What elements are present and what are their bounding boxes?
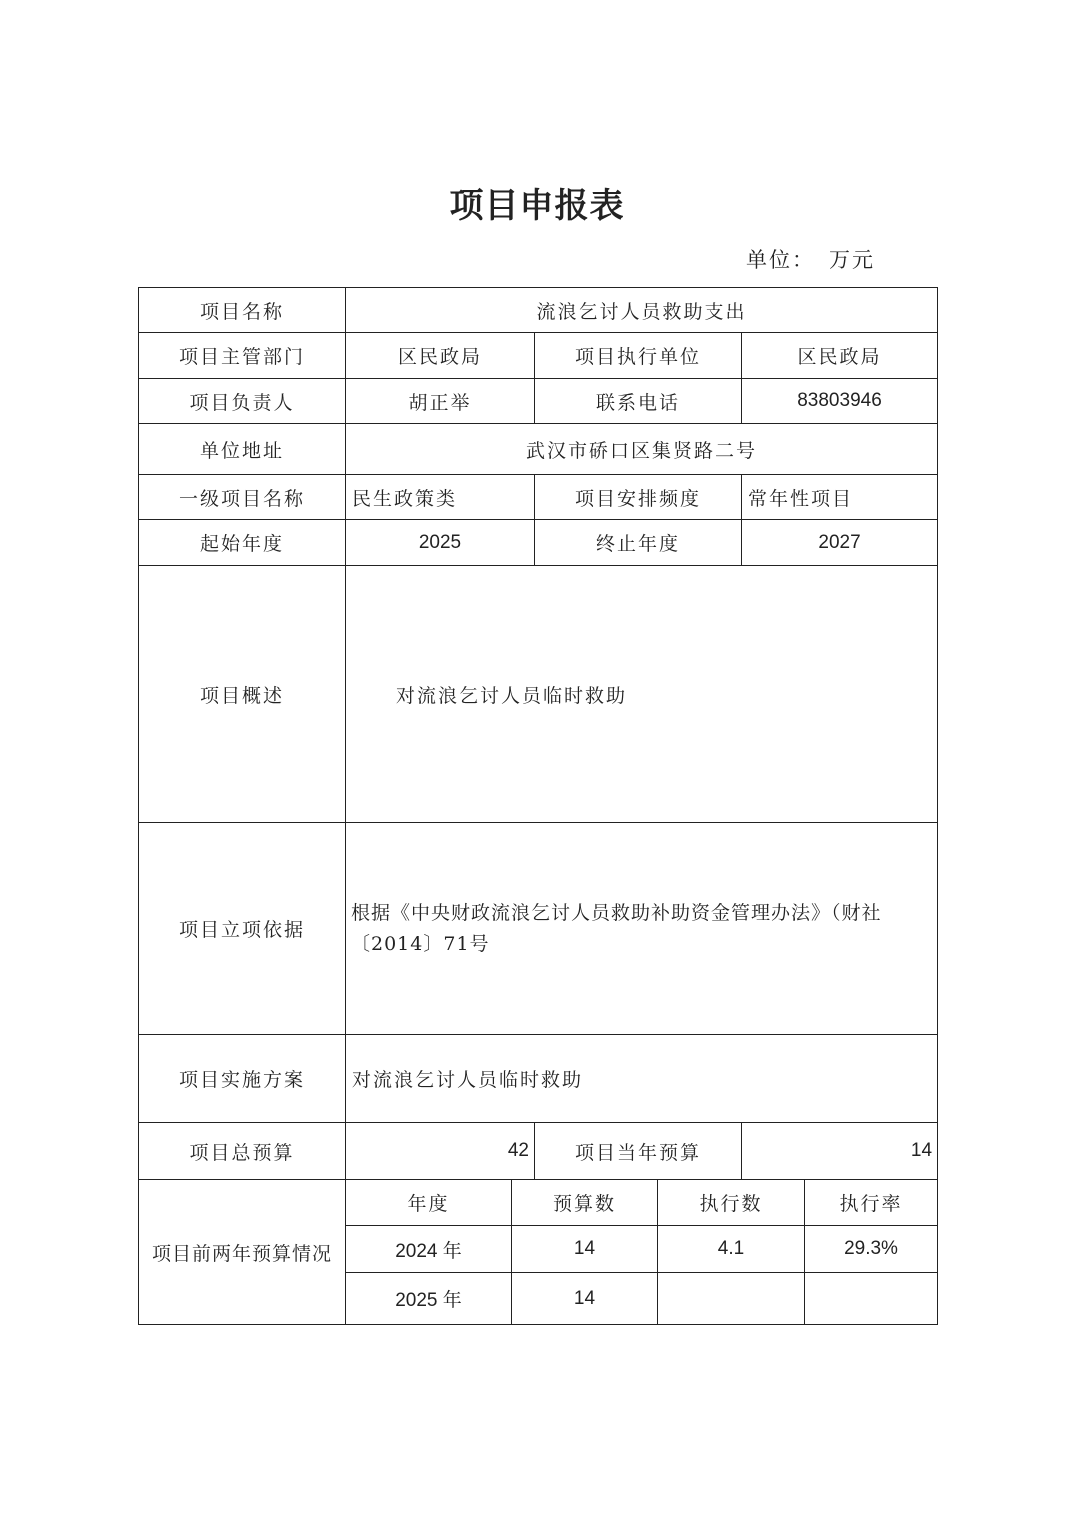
- history-header: 执行数: [658, 1180, 805, 1226]
- value-department: 区民政局: [346, 333, 535, 379]
- row-basis: 项目立项依据 根据《中央财政流浪乞讨人员救助补助资金管理办法》（财社〔2014〕…: [139, 823, 938, 1035]
- value-start-year: 2025: [346, 520, 535, 566]
- label-department: 项目主管部门: [139, 333, 346, 379]
- page-title: 项目申报表: [0, 178, 1074, 227]
- history-cell: [805, 1273, 938, 1325]
- value-project-name: 流浪乞讨人员救助支出: [346, 288, 938, 333]
- history-header-row: 项目前两年预算情况 年度 预算数 执行数 执行率: [139, 1180, 938, 1226]
- history-table: 项目前两年预算情况 年度 预算数 执行数 执行率 2024 年 14 4.1 2…: [138, 1179, 938, 1325]
- value-frequency: 常年性项目: [742, 475, 938, 520]
- value-overview: 对流浪乞讨人员临时救助: [346, 566, 938, 823]
- value-phone: 83803946: [742, 379, 938, 424]
- row-manager: 项目负责人 胡正举 联系电话 83803946: [139, 379, 938, 424]
- history-cell: 14: [512, 1273, 658, 1325]
- project-form-table: 项目名称 流浪乞讨人员救助支出 项目主管部门 区民政局 项目执行单位 区民政局 …: [138, 287, 938, 1180]
- unit-value: 万元: [829, 248, 875, 272]
- history-cell: 29.3%: [805, 1226, 938, 1273]
- label-project-name: 项目名称: [139, 288, 346, 333]
- label-exec-unit: 项目执行单位: [535, 333, 742, 379]
- history-header: 预算数: [512, 1180, 658, 1226]
- value-basis: 根据《中央财政流浪乞讨人员救助补助资金管理办法》（财社〔2014〕71号: [346, 823, 938, 1035]
- label-year-budget: 项目当年预算: [535, 1123, 742, 1180]
- label-address: 单位地址: [139, 424, 346, 475]
- row-project-name: 项目名称 流浪乞讨人员救助支出: [139, 288, 938, 333]
- value-exec-unit: 区民政局: [742, 333, 938, 379]
- row-address: 单位地址 武汉市硚口区集贤路二号: [139, 424, 938, 475]
- label-basis: 项目立项依据: [139, 823, 346, 1035]
- label-phone: 联系电话: [535, 379, 742, 424]
- history-cell: [658, 1273, 805, 1325]
- history-header: 年度: [346, 1180, 512, 1226]
- label-frequency: 项目安排频度: [535, 475, 742, 520]
- label-category: 一级项目名称: [139, 475, 346, 520]
- row-department: 项目主管部门 区民政局 项目执行单位 区民政局: [139, 333, 938, 379]
- value-plan: 对流浪乞讨人员临时救助: [346, 1035, 938, 1123]
- unit-note: 单位：万元: [746, 244, 875, 274]
- row-category: 一级项目名称 民生政策类 项目安排频度 常年性项目: [139, 475, 938, 520]
- unit-label: 单位：: [746, 248, 815, 272]
- label-history: 项目前两年预算情况: [139, 1180, 346, 1325]
- history-header: 执行率: [805, 1180, 938, 1226]
- history-cell: 2025 年: [346, 1273, 512, 1325]
- value-manager: 胡正举: [346, 379, 535, 424]
- row-overview: 项目概述 对流浪乞讨人员临时救助: [139, 566, 938, 823]
- row-plan: 项目实施方案 对流浪乞讨人员临时救助: [139, 1035, 938, 1123]
- value-category: 民生政策类: [346, 475, 535, 520]
- label-manager: 项目负责人: [139, 379, 346, 424]
- row-years: 起始年度 2025 终止年度 2027: [139, 520, 938, 566]
- label-end-year: 终止年度: [535, 520, 742, 566]
- history-cell: 2024 年: [346, 1226, 512, 1273]
- label-total-budget: 项目总预算: [139, 1123, 346, 1180]
- row-budget: 项目总预算 42 项目当年预算 14: [139, 1123, 938, 1180]
- value-year-budget: 14: [742, 1123, 938, 1180]
- label-plan: 项目实施方案: [139, 1035, 346, 1123]
- history-cell: 4.1: [658, 1226, 805, 1273]
- label-overview: 项目概述: [139, 566, 346, 823]
- value-end-year: 2027: [742, 520, 938, 566]
- value-address: 武汉市硚口区集贤路二号: [346, 424, 938, 475]
- history-cell: 14: [512, 1226, 658, 1273]
- value-total-budget: 42: [346, 1123, 535, 1180]
- label-start-year: 起始年度: [139, 520, 346, 566]
